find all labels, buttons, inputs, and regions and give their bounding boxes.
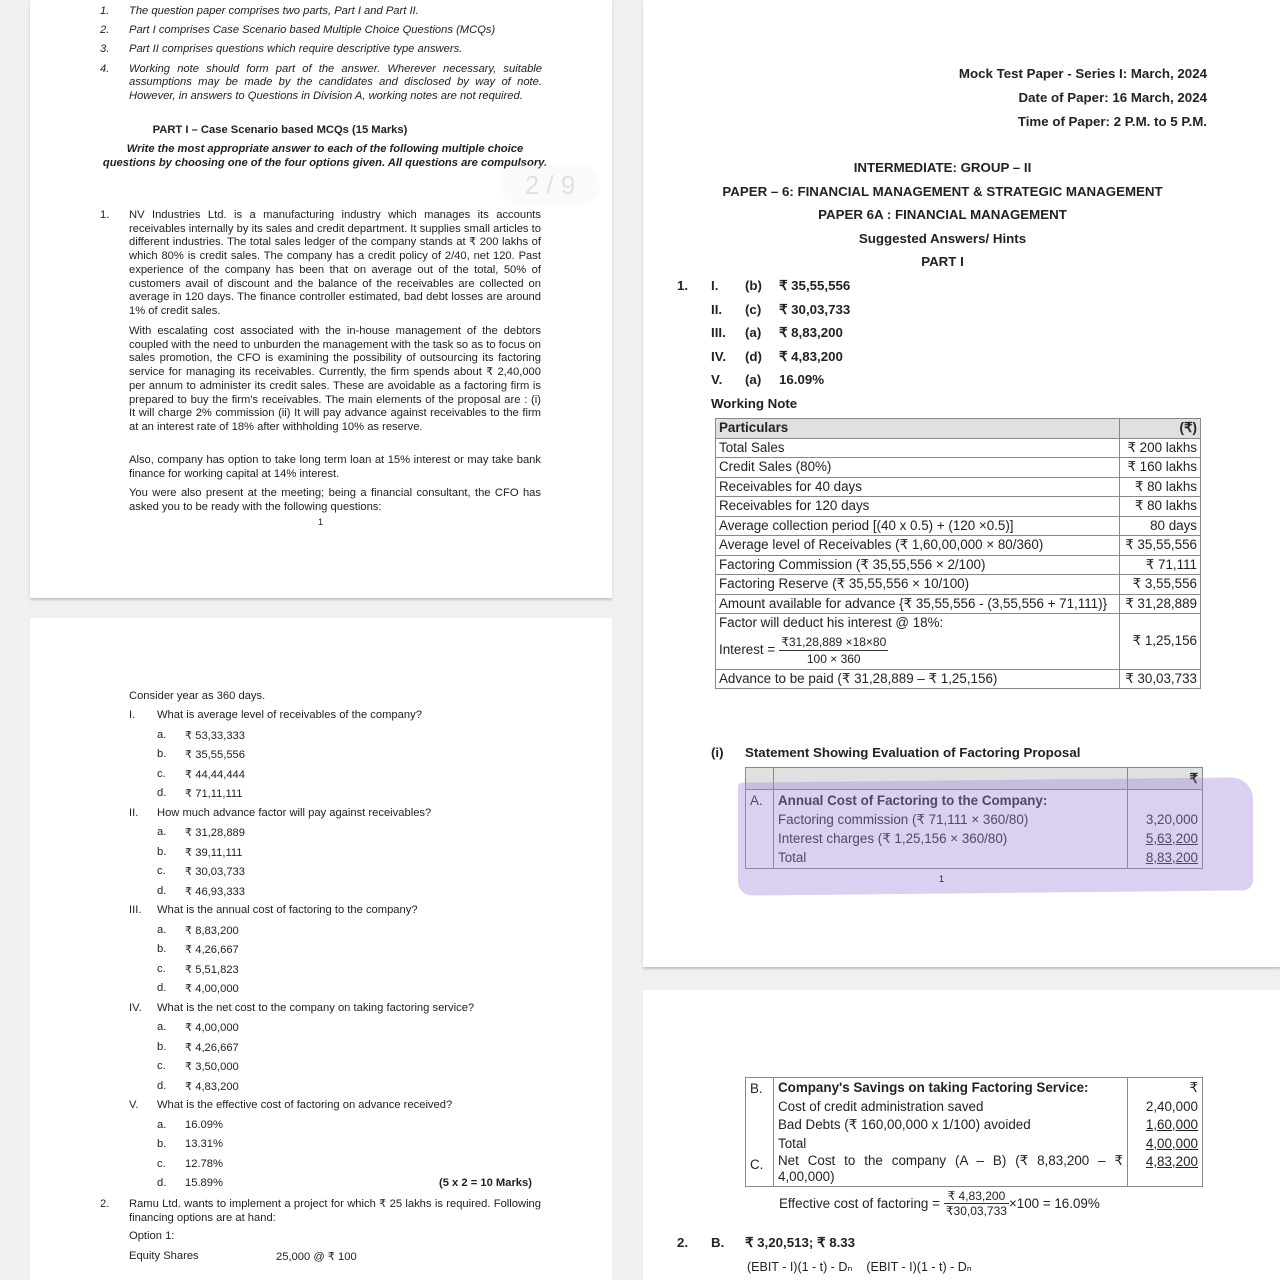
table-header-row: Particulars(₹) (716, 419, 1201, 439)
table-row: Credit Sales (80%)₹ 160 lakhs (716, 458, 1201, 478)
date-header: Date of Paper: 16 March, 2024 (1019, 90, 1207, 105)
mcq-option-value: ₹ 4,26,667 (185, 943, 239, 956)
row-amount: ₹ 160 lakhs (1120, 458, 1201, 478)
mcq-option-letter: b. (157, 748, 166, 760)
mcq-option-value: ₹ 8,83,200 (185, 924, 239, 937)
case-paragraph-1: NV Industries Ltd. is a manufacturing in… (129, 209, 541, 319)
answer-roman: IV. (711, 349, 726, 364)
mcq-question: What is the annual cost of factoring to … (157, 904, 418, 916)
case-paragraph-2: With escalating cost associated with the… (129, 325, 541, 435)
part-instruction: Write the most appropriate answer to eac… (100, 143, 550, 170)
instruction-number: 4. (100, 63, 109, 77)
answer-q2-part: B. (711, 1235, 724, 1250)
interest-value: ₹ 1,25,156 (1120, 614, 1201, 670)
row-particular: Receivables for 40 days (716, 477, 1120, 497)
statement-b-currency: ₹ (1132, 1079, 1198, 1098)
mcq-option-value: ₹ 53,33,333 (185, 729, 245, 742)
statement-bc-table: B. C. Company's Savings on taking Factor… (745, 1077, 1203, 1187)
instruction-number: 2. (100, 24, 109, 38)
table-row: Receivables for 120 days₹ 80 lakhs (716, 497, 1201, 517)
effective-cost-result: ×100 = 16.09% (1009, 1196, 1100, 1211)
instruction-text: The question paper comprises two parts, … (129, 5, 419, 17)
instruction-item: 1.The question paper comprises two parts… (100, 5, 542, 19)
mcq-option-letter: d. (157, 1177, 166, 1189)
question-number: 1. (100, 209, 109, 221)
table-row: Average level of Receivables (₹ 1,60,00,… (716, 536, 1201, 556)
marks-label: (5 x 2 = 10 Marks) (439, 1177, 532, 1189)
statement-c-value: 4,83,200 (1132, 1153, 1198, 1172)
mcq-option-letter: a. (157, 1021, 166, 1033)
instructions-list: 1.The question paper comprises two parts… (100, 5, 542, 109)
highlighter-mark (738, 777, 1253, 895)
answer-val: 16.09% (779, 372, 824, 387)
instruction-text: Working note should form part of the ans… (129, 63, 542, 102)
mcq-option-value: ₹ 4,00,000 (185, 982, 239, 995)
row-amount: ₹ 3,55,556 (1120, 575, 1201, 595)
answer-roman: I. (711, 278, 718, 293)
instruction-text: Part II comprises questions which requir… (129, 43, 462, 55)
statement-b-total-value: 4,00,000 (1132, 1135, 1198, 1154)
instruction-text: Part I comprises Case Scenario based Mul… (129, 24, 495, 36)
mcq-option-value: 15.89% (185, 1177, 223, 1189)
table-row: Average collection period [(40 x 0.5) + … (716, 516, 1201, 536)
mcq-question: How much advance factor will pay against… (157, 807, 431, 819)
mcq-option-letter: c. (157, 963, 166, 975)
statement-b-letter: B. (750, 1079, 769, 1098)
page-gap-left (0, 0, 30, 1280)
series-header: Mock Test Paper - Series I: March, 2024 (959, 66, 1207, 81)
mcq-question: What is the effective cost of factoring … (157, 1099, 452, 1111)
interest-numerator: ₹31,28,889 ×18×80 (779, 634, 888, 652)
answer-opt: (a) (745, 372, 761, 387)
instruction-number: 3. (100, 43, 109, 57)
page-gap-left-horizontal (30, 598, 612, 618)
page-gap-right-horizontal (643, 967, 1280, 990)
interest-intro: Factor will deduct his interest @ 18%: (719, 615, 1116, 632)
mcq-option-value: ₹ 71,11,111 (185, 787, 243, 800)
row-amount: ₹ 200 lakhs (1120, 438, 1201, 458)
mcq-option-value: ₹ 44,44,444 (185, 768, 245, 781)
mcq-number: V. (129, 1099, 139, 1111)
mcq-question: What is the net cost to the company on t… (157, 1002, 474, 1014)
statement-c-label: Net Cost to the company (A – B) (₹ 8,83,… (778, 1153, 1123, 1185)
statement-number: (i) (711, 745, 724, 760)
mcq-option-letter: a. (157, 1119, 166, 1131)
table-row: Factoring Commission (₹ 35,55,556 × 2/10… (716, 555, 1201, 575)
statement-b-item-label: Bad Debts (₹ 160,00,000 x 1/100) avoided (778, 1116, 1123, 1135)
eps-formula: (EBIT - I)(1 - t) - Dₙ (EBIT - I)(1 - t)… (747, 1259, 972, 1274)
row-particular: Factoring Commission (₹ 35,55,556 × 2/10… (716, 555, 1120, 575)
equity-shares-value: 25,000 @ ₹ 100 (276, 1250, 357, 1263)
instruction-item: 2.Part I comprises Case Scenario based M… (100, 24, 542, 38)
statement-c-letter: C. (750, 1155, 769, 1174)
header-particulars: Particulars (716, 419, 1120, 439)
mcq-option-value: 12.78% (185, 1158, 223, 1170)
answer-question-number: 1. (677, 278, 688, 293)
part-title: PART I (643, 254, 1242, 269)
page-indicator: 2 / 9 (500, 165, 600, 205)
answer-q2-number: 2. (677, 1235, 688, 1250)
working-note-table: Particulars(₹)Total Sales₹ 200 lakhsCred… (715, 418, 1201, 689)
mcq-option-value: ₹ 3,50,000 (185, 1060, 239, 1073)
assumption-text: Consider year as 360 days. (129, 690, 265, 702)
mcq-option-letter: d. (157, 1080, 166, 1092)
row-amount: 80 days (1120, 516, 1201, 536)
interest-denominator: 100 × 360 (779, 651, 888, 668)
mcq-option-value: ₹ 30,03,733 (185, 865, 245, 878)
answer-roman: V. (711, 372, 722, 387)
answer-opt: (c) (745, 302, 761, 317)
mcq-option-letter: c. (157, 1060, 166, 1072)
answer-roman: II. (711, 302, 722, 317)
mcq-option-letter: d. (157, 885, 166, 897)
mcq-option-value: ₹ 4,83,200 (185, 1080, 239, 1093)
paper-title: PAPER – 6: FINANCIAL MANAGEMENT & STRATE… (643, 184, 1242, 199)
answer-opt: (d) (745, 349, 762, 364)
part-heading: PART I – Case Scenario based MCQs (15 Ma… (130, 124, 430, 136)
statement-b-total-label: Total (778, 1135, 1123, 1154)
question-page-2: Consider year as 360 days. I.What is ave… (30, 618, 612, 1280)
case-paragraph-3: Also, company has option to take long te… (129, 454, 541, 481)
table-row: Factoring Reserve (₹ 35,55,556 × 10/100)… (716, 575, 1201, 595)
statement-title: Statement Showing Evaluation of Factorin… (745, 745, 1080, 760)
mcq-option-letter: d. (157, 787, 166, 799)
mcq-option-letter: b. (157, 1041, 166, 1053)
instruction-item: 3.Part II comprises questions which requ… (100, 43, 542, 57)
instruction-number: 1. (100, 5, 109, 19)
statement-b-heading: Company's Savings on taking Factoring Se… (778, 1079, 1123, 1098)
row-amount: ₹ 30,03,733 (1120, 669, 1201, 689)
answer-opt: (b) (745, 278, 762, 293)
suggested-answers-title: Suggested Answers/ Hints (643, 231, 1242, 246)
mcq-number: II. (129, 807, 138, 819)
mcq-option-letter: a. (157, 826, 166, 838)
page-number: 1 (318, 517, 323, 527)
table-row-interest: Factor will deduct his interest @ 18%:In… (716, 614, 1201, 670)
group-title: INTERMEDIATE: GROUP – II (643, 160, 1242, 175)
row-particular: Average collection period [(40 x 0.5) + … (716, 516, 1120, 536)
mcq-option-letter: d. (157, 982, 166, 994)
table-row: Advance to be paid (₹ 31,28,889 – ₹ 1,25… (716, 669, 1201, 689)
row-particular: Advance to be paid (₹ 31,28,889 – ₹ 1,25… (716, 669, 1120, 689)
row-amount: ₹ 80 lakhs (1120, 497, 1201, 517)
answer-val: ₹ 30,03,733 (779, 302, 850, 318)
mcq-option-letter: a. (157, 729, 166, 741)
statement-b-item-value: 1,60,000 (1132, 1116, 1198, 1135)
row-amount: ₹ 31,28,889 (1120, 594, 1201, 614)
row-particular: Amount available for advance {₹ 35,55,55… (716, 594, 1120, 614)
mcq-option-letter: c. (157, 768, 166, 780)
answer-q2-value: ₹ 3,20,513; ₹ 8.33 (745, 1235, 855, 1251)
mcq-option-value: 13.31% (185, 1138, 223, 1150)
row-amount: ₹ 71,111 (1120, 555, 1201, 575)
mcq-option-value: ₹ 46,93,333 (185, 885, 245, 898)
time-header: Time of Paper: 2 P.M. to 5 P.M. (1018, 114, 1207, 129)
mcq-option-letter: a. (157, 924, 166, 936)
row-particular: Average level of Receivables (₹ 1,60,00,… (716, 536, 1120, 556)
subpaper-title: PAPER 6A : FINANCIAL MANAGEMENT (643, 207, 1242, 222)
answer-val: ₹ 35,55,556 (779, 278, 850, 294)
row-particular: Credit Sales (80%) (716, 458, 1120, 478)
answer-val: ₹ 4,83,200 (779, 349, 843, 365)
case-paragraph-4: You were also present at the meeting; be… (129, 487, 541, 514)
mcq-number: III. (129, 904, 141, 916)
header-amount: (₹) (1120, 419, 1201, 439)
mcq-option-value: ₹ 35,55,556 (185, 748, 245, 761)
mcq-option-letter: b. (157, 846, 166, 858)
row-particular: Receivables for 120 days (716, 497, 1120, 517)
mcq-option-value: ₹ 4,00,000 (185, 1021, 239, 1034)
mcq-option-letter: c. (157, 865, 166, 877)
option-1-label: Option 1: (129, 1230, 174, 1242)
question-2-number: 2. (100, 1198, 109, 1210)
mcq-option-value: ₹ 39,11,111 (185, 846, 243, 859)
mcq-number: IV. (129, 1002, 142, 1014)
row-particular: Total Sales (716, 438, 1120, 458)
row-amount: ₹ 35,55,556 (1120, 536, 1201, 556)
effective-cost-numerator: ₹ 4,83,200 (944, 1189, 1009, 1204)
mcq-number: I. (129, 709, 135, 721)
table-row: Amount available for advance {₹ 35,55,55… (716, 594, 1201, 614)
working-note-title: Working Note (711, 396, 797, 411)
effective-cost-denominator: ₹30,03,733 (944, 1204, 1009, 1218)
interest-label: Interest = (719, 642, 775, 659)
mcq-question: What is average level of receivables of … (157, 709, 422, 721)
answer-val: ₹ 8,83,200 (779, 325, 843, 341)
row-amount: ₹ 80 lakhs (1120, 477, 1201, 497)
answer-roman: III. (711, 325, 726, 340)
statement-b-item-value: 2,40,000 (1132, 1098, 1198, 1117)
answer-page-2: B. C. Company's Savings on taking Factor… (643, 990, 1280, 1280)
answer-opt: (a) (745, 325, 761, 340)
effective-cost-formula: Effective cost of factoring = ₹ 4,83,200… (779, 1189, 1100, 1218)
page-number: 1 (939, 874, 944, 884)
answer-page-1: Mock Test Paper - Series I: March, 2024 … (643, 0, 1280, 967)
statement-b-item-label: Cost of credit administration saved (778, 1098, 1123, 1117)
question-page-1: 1.The question paper comprises two parts… (30, 0, 612, 598)
mcq-option-value: ₹ 31,28,889 (185, 826, 245, 839)
mcq-option-letter: c. (157, 1158, 166, 1170)
question-2-text: Ramu Ltd. wants to implement a project f… (129, 1198, 541, 1225)
table-row: Receivables for 40 days₹ 80 lakhs (716, 477, 1201, 497)
page-gap-vertical (612, 0, 643, 1280)
mcq-option-letter: b. (157, 1138, 166, 1150)
effective-cost-label: Effective cost of factoring = (779, 1196, 940, 1211)
mcq-option-value: 16.09% (185, 1119, 223, 1131)
instruction-item: 4.Working note should form part of the a… (100, 63, 542, 104)
equity-shares-label: Equity Shares (129, 1250, 199, 1262)
mcq-option-value: ₹ 4,26,667 (185, 1041, 239, 1054)
mcq-option-letter: b. (157, 943, 166, 955)
mcq-option-value: ₹ 5,51,823 (185, 963, 239, 976)
row-particular: Factoring Reserve (₹ 35,55,556 × 10/100) (716, 575, 1120, 595)
table-row: Total Sales₹ 200 lakhs (716, 438, 1201, 458)
